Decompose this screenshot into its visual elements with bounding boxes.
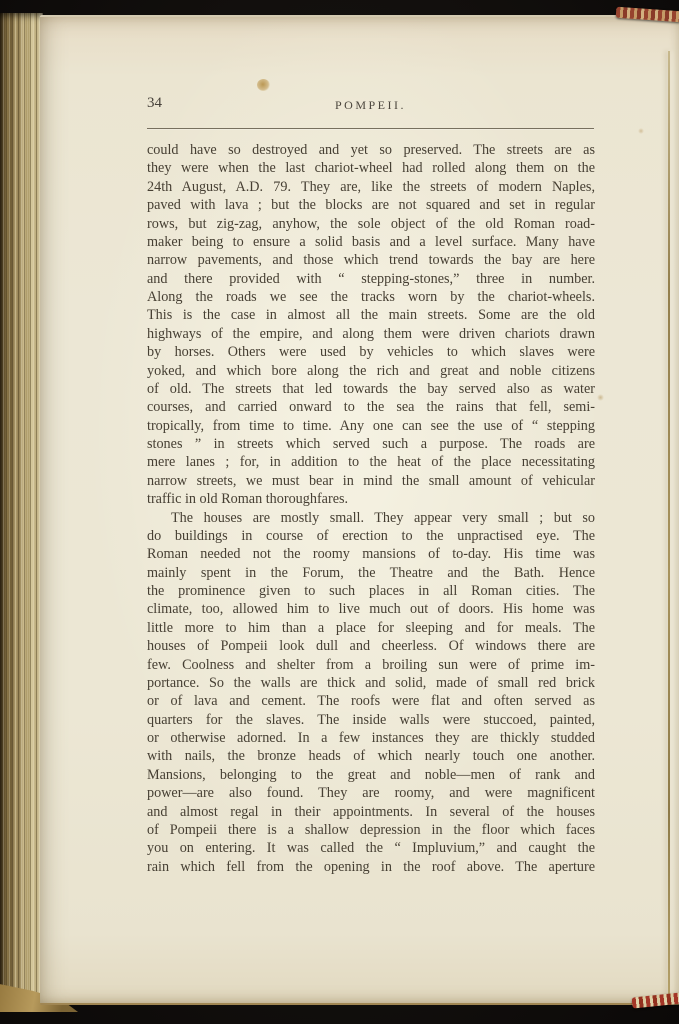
text-line: Mansions, belonging to the great and nob… xyxy=(147,766,595,784)
text-line: power—are also found. They are roomy, an… xyxy=(147,784,595,802)
book-photo: 34 POMPEII. could have so destroyed and … xyxy=(0,0,679,1024)
text-line: the prominence given to such places in a… xyxy=(147,582,595,600)
text-line: highways of the empire, and along them w… xyxy=(147,325,595,343)
text-line: do buildings in course of erection to th… xyxy=(147,527,595,545)
text-line: The houses are mostly small. They appear… xyxy=(147,509,595,527)
text-line: they were when the last chariot-wheel ha… xyxy=(147,159,595,177)
text-line: could have so destroyed and yet so prese… xyxy=(147,141,595,159)
text-line: of old. The streets that led towards the… xyxy=(147,380,595,398)
text-line: yoked, and which bore along the rich and… xyxy=(147,362,595,380)
text-line: tropically, from time to time. Any one c… xyxy=(147,417,595,435)
text-line: by horses. Others were used by vehicles … xyxy=(147,343,595,361)
paragraph: could have so destroyed and yet so prese… xyxy=(147,141,595,509)
text-line: mere lanes ; for, in addition to the hea… xyxy=(147,453,595,471)
text-line: portance. So the walls are thick and sol… xyxy=(147,674,595,692)
text-line: you on entering. It was called the “ Imp… xyxy=(147,839,595,857)
foxing-stain xyxy=(638,128,644,134)
text-line: or of lava and cement. The roofs were fl… xyxy=(147,692,595,710)
text-line: few. Coolness and shelter from a broilin… xyxy=(147,656,595,674)
text-line: with nails, the bronze heads of which ne… xyxy=(147,747,595,765)
running-head: POMPEII. xyxy=(147,98,594,113)
gutter-crease xyxy=(668,51,670,1001)
text-line: stones ” in streets which served such a … xyxy=(147,435,595,453)
text-line: and there provided with “ stepping-stone… xyxy=(147,270,595,288)
text-line: rows, but zig-zag, anyhow, the sole obje… xyxy=(147,215,595,233)
text-line: courses, and carried onward to the sea t… xyxy=(147,398,595,416)
text-line: This is the case in almost all the main … xyxy=(147,306,595,324)
text-line: maker being to ensure a solid basis and … xyxy=(147,233,595,251)
paragraph: The houses are mostly small. They appear… xyxy=(147,509,595,877)
text-line: narrow streets, we must bear in mind the… xyxy=(147,472,595,490)
foxing-stain xyxy=(257,79,270,91)
text-line: Roman needed not the roomy mansions of t… xyxy=(147,545,595,563)
text-line: traffic in old Roman thoroughfares. xyxy=(147,490,595,508)
foxing-stain xyxy=(597,394,604,401)
text-line: quarters for the slaves. The inside wall… xyxy=(147,711,595,729)
text-line: climate, too, allowed him to live much o… xyxy=(147,600,595,618)
text-line: rain which fell from the opening in the … xyxy=(147,858,595,876)
header-divider xyxy=(147,128,594,129)
text-line: paved with lava ; but the blocks are not… xyxy=(147,196,595,214)
text-line: and almost regal in their appointments. … xyxy=(147,803,595,821)
text-line: of Pompeii there is a shallow depression… xyxy=(147,821,595,839)
text-line: or otherwise adorned. In a few instances… xyxy=(147,729,595,747)
text-line: mainly spent in the Forum, the Theatre a… xyxy=(147,564,595,582)
text-line: Along the roads we see the tracks worn b… xyxy=(147,288,595,306)
text-line: little more to him than a place for slee… xyxy=(147,619,595,637)
body-text: could have so destroyed and yet so prese… xyxy=(147,141,595,876)
text-line: 24th August, A.D. 79. They are, like the… xyxy=(147,178,595,196)
text-line: houses of Pompeii look dull and cheerles… xyxy=(147,637,595,655)
page-edge-stack xyxy=(0,13,43,1009)
text-line: narrow pavements, and those which trend … xyxy=(147,251,595,269)
